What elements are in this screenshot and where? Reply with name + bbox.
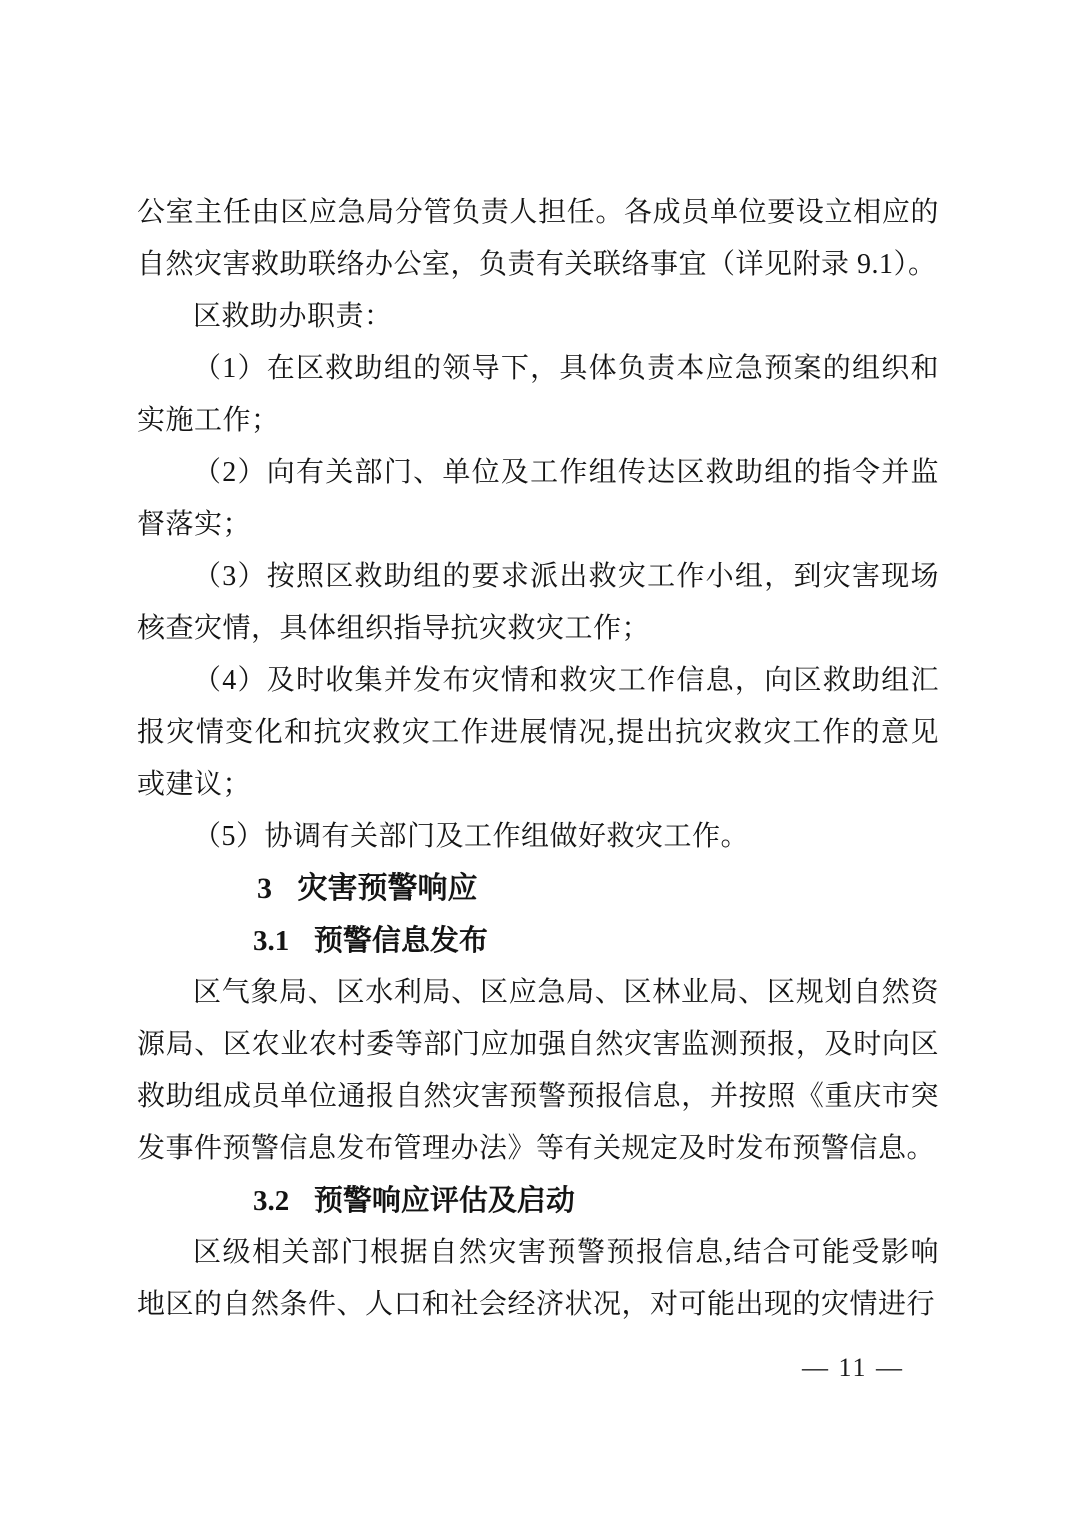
list-item-3: （3）按照区救助组的要求派出救灾工作小组，到灾害现场核查灾情，具体组织指导抗灾救… <box>137 551 939 655</box>
list-item-4: （4）及时收集并发布灾情和救灾工作信息，向区救助组汇报灾情变化和抗灾救灾工作进展… <box>137 655 939 811</box>
list-item-2: （2）向有关部门、单位及工作组传达区救助组的指令并监督落实； <box>137 447 939 551</box>
list-item-1: （1）在区救助组的领导下，具体负责本应急预案的组织和实施工作； <box>137 343 939 447</box>
paragraph: 区救助办职责： <box>137 291 939 343</box>
document-body: 公室主任由区应急局分管负责人担任。各成员单位要设立相应的自然灾害救助联络办公室，… <box>137 187 939 1331</box>
section-heading-3: 3灾害预警响应 <box>137 863 939 915</box>
paragraph: 区级相关部门根据自然灾害预警预报信息,结合可能受影响地区的自然条件、人口和社会经… <box>137 1227 939 1331</box>
paragraph: 公室主任由区应急局分管负责人担任。各成员单位要设立相应的自然灾害救助联络办公室，… <box>137 187 939 291</box>
page-number: — 11 — <box>802 1350 904 1386</box>
subsection-title: 预警信息发布 <box>314 925 488 957</box>
subsection-heading-3-1: 3.1预警信息发布 <box>137 915 939 967</box>
paragraph: 区气象局、区水利局、区应急局、区林业局、区规划自然资源局、区农业农村委等部门应加… <box>137 967 939 1175</box>
subsection-title: 预警响应评估及启动 <box>314 1185 575 1217</box>
section-title: 灾害预警响应 <box>298 872 478 905</box>
section-number: 3 <box>197 863 272 915</box>
document-page: { "content": { "blocks": [ { "type": "pa… <box>0 0 1074 1520</box>
list-item-5: （5）协调有关部门及工作组做好救灾工作。 <box>137 811 939 863</box>
subsection-number: 3.2 <box>195 1175 289 1227</box>
subsection-heading-3-2: 3.2预警响应评估及启动 <box>137 1175 939 1227</box>
subsection-number: 3.1 <box>195 915 289 967</box>
